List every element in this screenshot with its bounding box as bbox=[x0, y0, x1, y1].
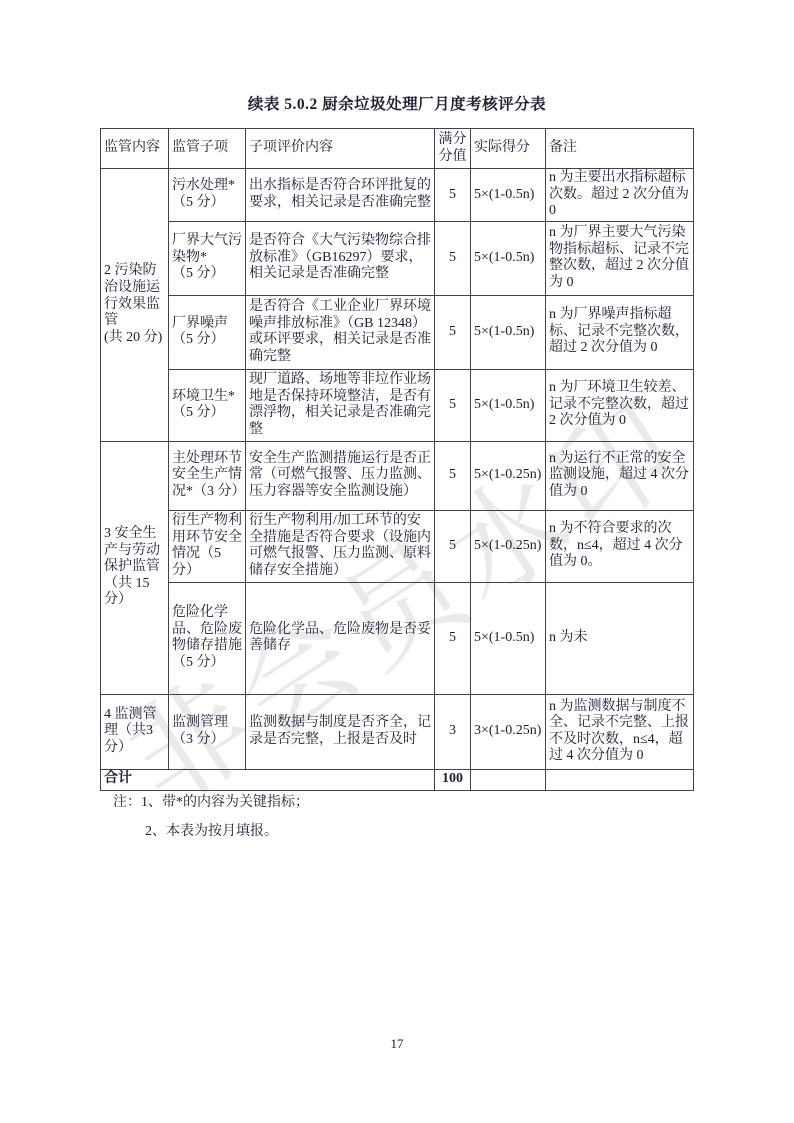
cell-actual-score: 5×(1-0.5n) bbox=[471, 369, 546, 441]
col-header-content: 子项评价内容 bbox=[246, 129, 435, 169]
cell-actual-score: 5×(1-0.5n) bbox=[471, 295, 546, 369]
cell-actual-score: 5×(1-0.5n) bbox=[471, 221, 546, 295]
cell-max-score: 5 bbox=[435, 369, 471, 441]
footnote-1: 注：1、带*的内容为关键指标； bbox=[113, 791, 309, 811]
cell-sub-item: 主处理环节安全生产情况*（3 分） bbox=[169, 441, 246, 510]
cell-content: 衍生产物利用/加工环节的安全措施是否符合要求（设施内可燃气报警、压力监测、原料储… bbox=[246, 510, 435, 582]
cell-sub-item: 环境卫生* （5 分） bbox=[169, 369, 246, 441]
cell-remark: n 为厂界主要大气污染物指标超标、记录不完整次数，超过 2 次分值为 0 bbox=[546, 221, 694, 295]
cell-max-score: 5 bbox=[435, 221, 471, 295]
table-row: 衍生产物利用环节安全情况（5 分） 衍生产物利用/加工环节的安全措施是否符合要求… bbox=[101, 510, 694, 582]
total-row: 合计 100 bbox=[101, 769, 694, 790]
col-header-category: 监管内容 bbox=[101, 129, 169, 169]
cell-actual-score: 3×(1-0.25n) bbox=[471, 694, 546, 769]
cell-sub-item: 厂界大气污染物* （5 分） bbox=[169, 221, 246, 295]
table-row: 4 监测管理（共3 分） 监测管理 （3 分） 监测数据与制度是否齐全，记录是否… bbox=[101, 694, 694, 769]
cell-content: 现厂道路、场地等非垃作业场地是否保持环境整洁，是否有漂浮物，相关记录是否准确完整 bbox=[246, 369, 435, 441]
cell-actual-score: 5×(1-0.5n) bbox=[471, 582, 546, 694]
cell-remark: n 为监测数据与制度不全、记录不完整、上报不及时次数，n≤4，超过 4 次分值为… bbox=[546, 694, 694, 769]
table-header-row: 监管内容 监管子项 子项评价内容 满分 分值 实际得分 备注 bbox=[101, 129, 694, 169]
table-row: 厂界大气污染物* （5 分） 是否符合《大气污染物综合排放标准》（GB16297… bbox=[101, 221, 694, 295]
total-max-score: 100 bbox=[435, 769, 471, 790]
table-row: 3 安全生产与劳动保护监管 （共 15 分） 主处理环节安全生产情况*（3 分）… bbox=[101, 441, 694, 510]
footnote-2: 2、本表为按月填报。 bbox=[145, 820, 278, 840]
cell-sub-item: 危险化学品、危险废物储存措施 （5 分） bbox=[169, 582, 246, 694]
col-header-sub-item: 监管子项 bbox=[169, 129, 246, 169]
col-header-actual-score: 实际得分 bbox=[471, 129, 546, 169]
cell-content: 监测数据与制度是否齐全，记录是否完整，上报是否及时 bbox=[246, 694, 435, 769]
table-row: 2 污染防治设施运行效果监管 (共 20 分) 污水处理* （5 分） 出水指标… bbox=[101, 169, 694, 222]
cell-content: 出水指标是否符合环评批复的要求，相关记录是否准确完整 bbox=[246, 169, 435, 222]
table-row: 危险化学品、危险废物储存措施 （5 分） 危险化学品、危险废物是否妥善储存 5 … bbox=[101, 582, 694, 694]
cell-content: 危险化学品、危险废物是否妥善储存 bbox=[246, 582, 435, 694]
cell-actual-score: 5×(1-0.5n) bbox=[471, 169, 546, 222]
cell-category: 4 监测管理（共3 分） bbox=[101, 694, 169, 769]
cell-max-score: 3 bbox=[435, 694, 471, 769]
col-header-remark: 备注 bbox=[546, 129, 694, 169]
cell-remark: n 为厂环境卫生较差、记录不完整次数，超过 2 次分值为 0 bbox=[546, 369, 694, 441]
page-number: 17 bbox=[0, 1036, 794, 1052]
page-title: 续表 5.0.2 厨余垃圾处理厂月度考核评分表 bbox=[0, 92, 794, 114]
cell-actual-score: 5×(1-0.25n) bbox=[471, 510, 546, 582]
cell-remark: n 为主要出水指标超标次数。超过 2 次分值为 0 bbox=[546, 169, 694, 222]
cell-content: 是否符合《大气污染物综合排放标准》（GB16297）要求，相关记录是否准确完整 bbox=[246, 221, 435, 295]
cell-category: 2 污染防治设施运行效果监管 (共 20 分) bbox=[101, 169, 169, 442]
cell-actual-score: 5×(1-0.25n) bbox=[471, 441, 546, 510]
table-row: 厂界噪声 （5 分） 是否符合《工业企业厂界环境噪声排放标准》（GB 12348… bbox=[101, 295, 694, 369]
total-actual-score bbox=[471, 769, 546, 790]
cell-max-score: 5 bbox=[435, 582, 471, 694]
cell-sub-item: 衍生产物利用环节安全情况（5 分） bbox=[169, 510, 246, 582]
cell-max-score: 5 bbox=[435, 169, 471, 222]
cell-sub-item: 污水处理* （5 分） bbox=[169, 169, 246, 222]
total-remark bbox=[546, 769, 694, 790]
document-page: 非会员水印 续表 5.0.2 厨余垃圾处理厂月度考核评分表 监管内容 监管子项 … bbox=[0, 0, 794, 1123]
cell-max-score: 5 bbox=[435, 295, 471, 369]
cell-sub-item: 监测管理 （3 分） bbox=[169, 694, 246, 769]
cell-sub-item: 厂界噪声 （5 分） bbox=[169, 295, 246, 369]
cell-remark: n 为厂界噪声指标超标、记录不完整次数，超过 2 次分值为 0 bbox=[546, 295, 694, 369]
cell-content: 安全生产监测措施运行是否正常（可燃气报警、压力监测、压力容器等安全监测设施） bbox=[246, 441, 435, 510]
total-label: 合计 bbox=[101, 769, 435, 790]
col-header-max-score: 满分 分值 bbox=[435, 129, 471, 169]
cell-remark: n 为不符合要求的次数，n≤4，超过 4 次分值为 0。 bbox=[546, 510, 694, 582]
cell-remark: n 为运行不正常的安全监测设施，超过 4 次分值为 0 bbox=[546, 441, 694, 510]
cell-max-score: 5 bbox=[435, 510, 471, 582]
cell-max-score: 5 bbox=[435, 441, 471, 510]
table-row: 环境卫生* （5 分） 现厂道路、场地等非垃作业场地是否保持环境整洁，是否有漂浮… bbox=[101, 369, 694, 441]
cell-content: 是否符合《工业企业厂界环境噪声排放标准》（GB 12348）或环评要求，相关记录… bbox=[246, 295, 435, 369]
assessment-table: 监管内容 监管子项 子项评价内容 满分 分值 实际得分 备注 2 污染防治设施运… bbox=[100, 128, 694, 791]
cell-category: 3 安全生产与劳动保护监管 （共 15 分） bbox=[101, 441, 169, 694]
cell-remark: n 为未 bbox=[546, 582, 694, 694]
